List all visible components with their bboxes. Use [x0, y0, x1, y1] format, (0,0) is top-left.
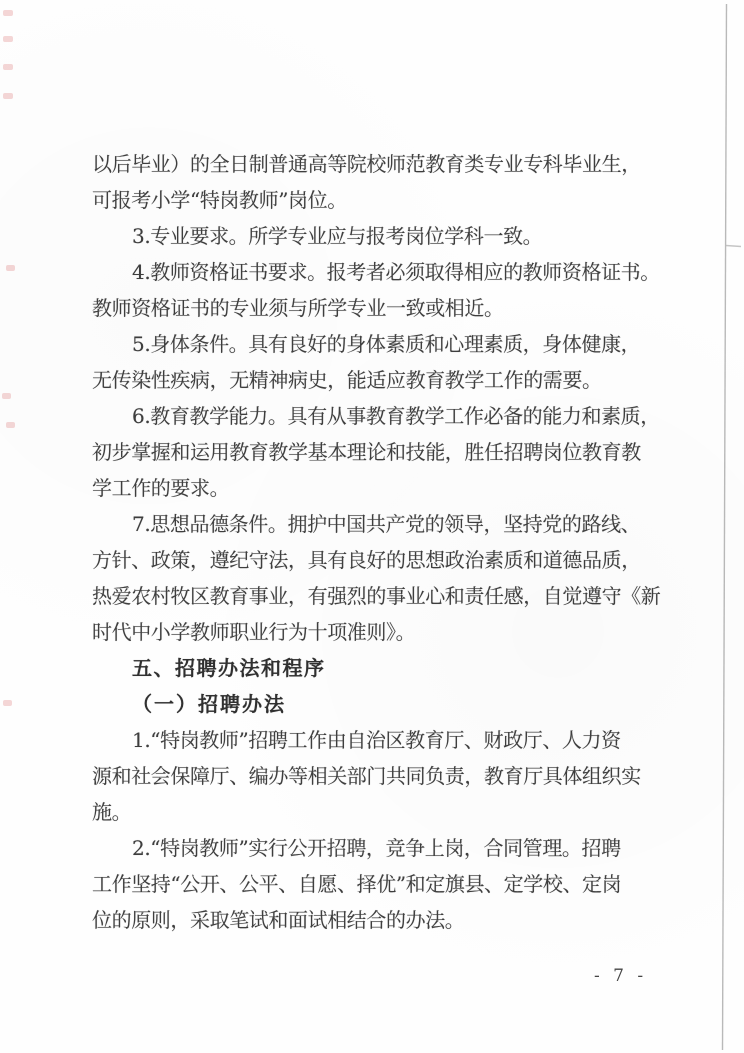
text-line: 初步掌握和运用教育教学基本理论和技能，胜任招聘岗位教育教	[92, 434, 644, 470]
scan-mark	[3, 10, 13, 16]
text-line: 1.“特岗教师”招聘工作由自治区教育厅、财政厅、人力资	[92, 722, 644, 758]
text-line: 热爱农村牧区教育事业，有强烈的事业心和责任感，自觉遵守《新	[92, 578, 644, 614]
text-line: 2.“特岗教师”实行公开招聘，竞争上岗，合同管理。招聘	[92, 830, 644, 866]
text-line: 无传染性疾病，无精神病史，能适应教育教学工作的需要。	[92, 362, 644, 398]
scan-mark	[2, 393, 11, 399]
text-line: 7.思想品德条件。拥护中国共产党的领导，坚持党的路线、	[92, 506, 644, 542]
page-number: - 7 -	[594, 966, 647, 986]
text-line: 4.教师资格证书要求。报考者必须取得相应的教师资格证书。	[92, 254, 644, 290]
subsection-heading: （一）招聘办法	[92, 686, 644, 722]
scan-mark	[6, 265, 15, 271]
text-line: 施。	[92, 794, 644, 830]
text-line: 6.教育教学能力。具有从事教育教学工作必备的能力和素质，	[92, 398, 644, 434]
text-line: 源和社会保障厅、编办等相关部门共同负责，教育厅具体组织实	[92, 758, 644, 794]
text-line: 教师资格证书的专业须与所学专业一致或相近。	[92, 290, 644, 326]
text-line: 5.身体条件。具有良好的身体素质和心理素质，身体健康，	[92, 326, 644, 362]
text-line: 工作坚持“公开、公平、自愿、择优”和定旗县、定学校、定岗	[92, 866, 644, 902]
scan-mark	[6, 422, 15, 428]
scan-mark	[3, 93, 13, 99]
scan-mark	[3, 700, 12, 706]
text-line: 时代中小学教师职业行为十项准则》。	[92, 614, 644, 650]
document-body: 以后毕业）的全日制普通高等院校师范教育类专业专科毕业生， 可报考小学“特岗教师”…	[92, 146, 644, 938]
text-line: 学工作的要求。	[92, 470, 644, 506]
text-line: 可报考小学“特岗教师”岗位。	[92, 182, 644, 218]
document-page: 以后毕业）的全日制普通高等院校师范教育类专业专科毕业生， 可报考小学“特岗教师”…	[0, 0, 744, 1053]
scan-mark	[3, 64, 13, 70]
text-line: 方针、政策，遵纪守法，具有良好的思想政治素质和道德品质，	[92, 542, 644, 578]
section-heading: 五、招聘办法和程序	[92, 650, 644, 686]
scan-mark	[3, 36, 13, 42]
text-line: 位的原则，采取笔试和面试相结合的办法。	[92, 902, 644, 938]
text-line: 3.专业要求。所学专业应与报考岗位学科一致。	[92, 218, 644, 254]
text-line: 以后毕业）的全日制普通高等院校师范教育类专业专科毕业生，	[92, 146, 644, 182]
